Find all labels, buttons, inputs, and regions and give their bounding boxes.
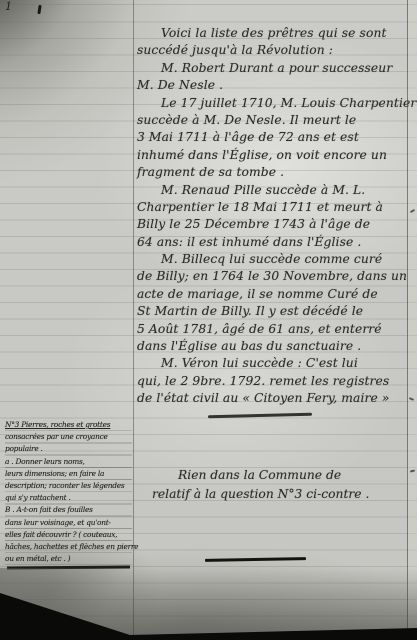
main-text-block: Voici la liste des prêtres qui se sont s…	[137, 25, 405, 408]
margin-annotation-block: N°3 Pierres, roches et grottes consacrée…	[5, 419, 132, 565]
manuscript-line: fragment de sa tombe .	[137, 164, 405, 181]
margin-note-line: description; raconter les légendes	[5, 480, 132, 492]
manuscript-line: relatif à la question N°3 ci-contre .	[152, 485, 405, 504]
margin-note-line: consacrées par une croyance	[5, 431, 132, 443]
manuscript-line: dans l'Église au bas du sanctuaire .	[137, 338, 405, 355]
margin-note-line: ou en métal, etc . )	[5, 553, 132, 565]
response-note-block: Rien dans la Commune de relatif à la que…	[152, 466, 405, 503]
manuscript-line: M. Robert Durant a pour successeur	[137, 60, 405, 77]
manuscript-line: St Martin de Billy. Il y est décédé le	[137, 303, 405, 320]
manuscript-line: Charpentier le 18 Mai 1711 et meurt à	[137, 199, 405, 216]
manuscript-line: acte de mariage, il se nomme Curé de	[137, 286, 405, 303]
margin-note-line: hâches, hachettes et flèches en pierre	[5, 541, 132, 553]
margin-note-line: N°3 Pierres, roches et grottes	[5, 419, 132, 431]
manuscript-line: succède à M. De Nesle. Il meurt le	[137, 112, 405, 129]
manuscript-line: de l'état civil au « Citoyen Fery, maire…	[137, 390, 405, 407]
manuscript-line: 3 Mai 1711 à l'âge de 72 ans et est	[137, 129, 405, 146]
manuscript-line: M. Véron lui succède : C'est lui	[137, 355, 405, 372]
margin-note-line: a . Donner leurs noms,	[5, 456, 132, 468]
manuscript-line: Le 17 juillet 1710, M. Louis Charpentier	[137, 95, 405, 112]
margin-note-line: elles fait découvrir ? ( couteaux,	[5, 529, 132, 541]
margin-note-line: dans leur voisinage, et qu'ont-	[5, 517, 132, 529]
manuscript-line: de Billy; en 1764 le 30 Novembre, dans u…	[137, 268, 405, 285]
manuscript-line: Billy le 25 Décembre 1743 à l'âge de	[137, 216, 405, 233]
manuscript-line: M. Billecq lui succède comme curé	[137, 251, 405, 268]
page-number-mark: 1	[5, 0, 12, 13]
margin-note-line: B . A-t-on fait des fouilles	[5, 504, 132, 516]
manuscript-line: Voici la liste des prêtres qui se sont	[137, 25, 405, 42]
margin-note-line: qui s'y rattachent .	[5, 492, 132, 504]
margin-note-line: leurs dimensions; en faire la	[5, 468, 132, 480]
manuscript-line: Rien dans la Commune de	[152, 466, 405, 485]
manuscript-line: M. De Nesle .	[137, 77, 405, 94]
manuscript-line: qui, le 2 9bre. 1792. remet les registre…	[137, 373, 405, 390]
scanned-manuscript-page: 1 Voici la liste des prêtres qui se sont…	[0, 0, 417, 640]
manuscript-line: inhumé dans l'Église, on voit encore un	[137, 147, 405, 164]
manuscript-line: 64 ans: il est inhumé dans l'Église .	[137, 234, 405, 251]
manuscript-line: succédé jusqu'à la Révolution :	[137, 42, 405, 59]
manuscript-line: M. Renaud Pille succède à M. L.	[137, 182, 405, 199]
manuscript-line: 5 Août 1781, âgé de 61 ans, et enterré	[137, 321, 405, 338]
margin-note-line: populaire .	[5, 443, 132, 455]
